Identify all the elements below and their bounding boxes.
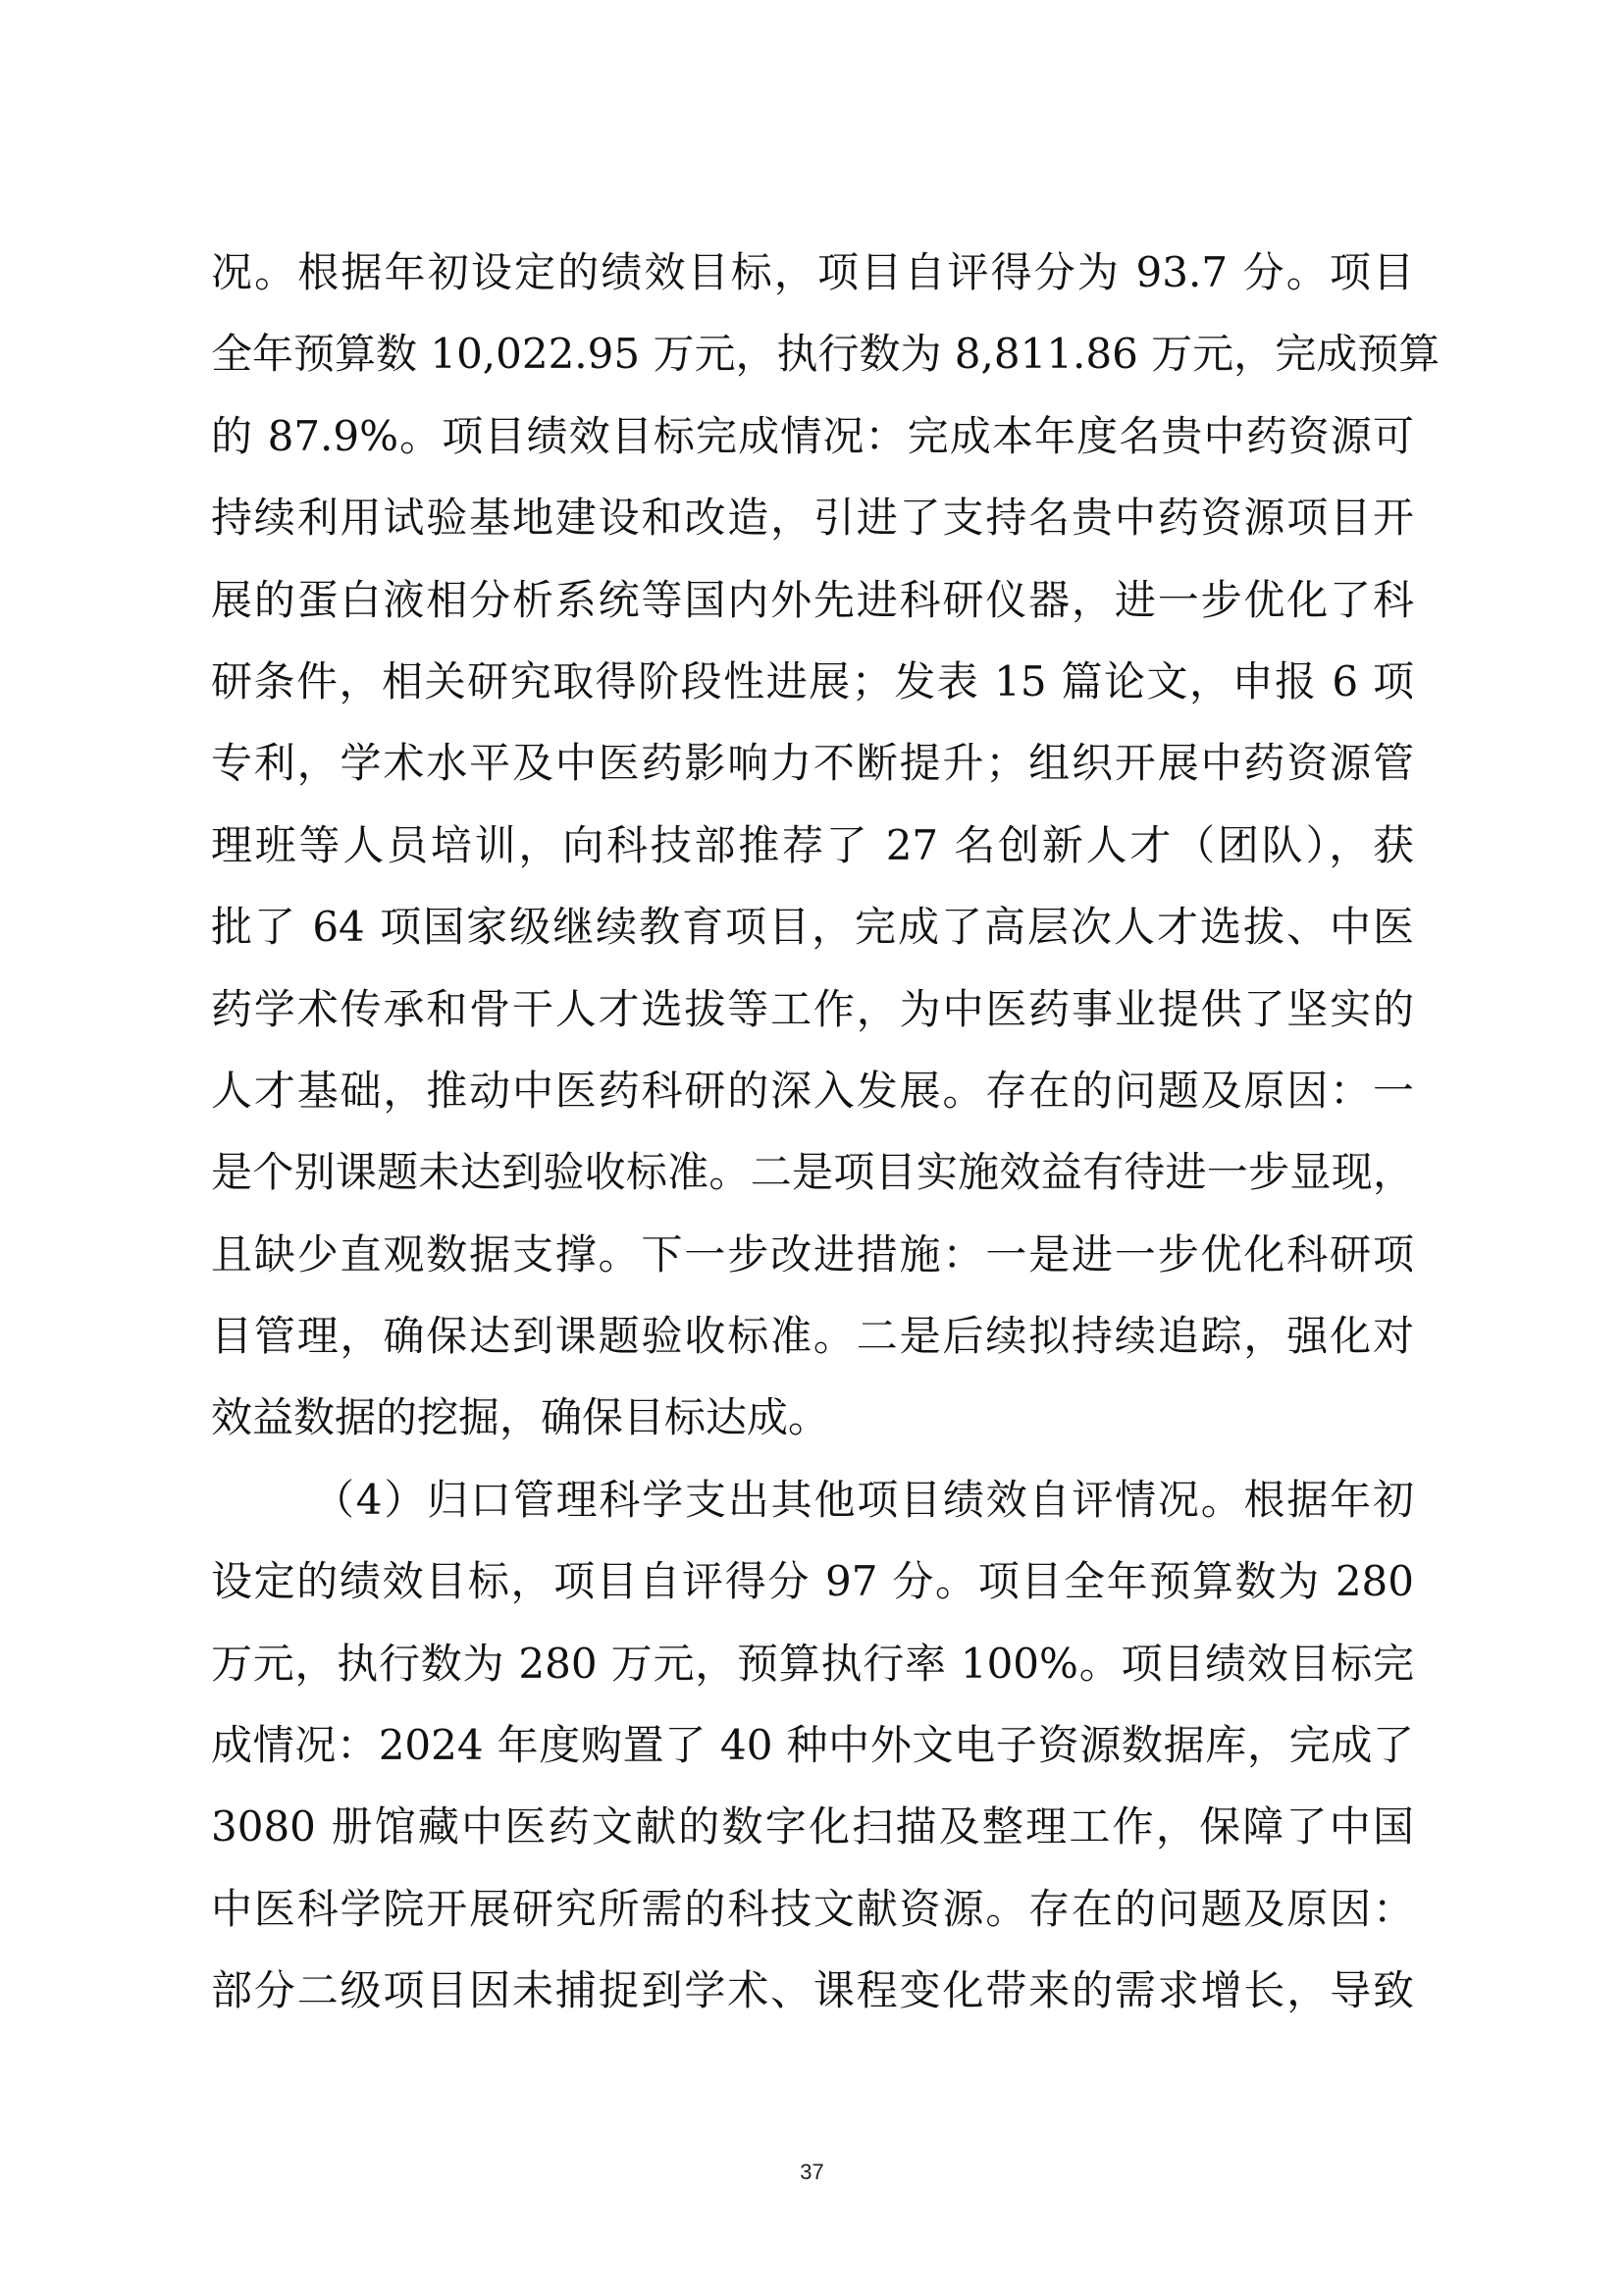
- text-line: 展的蛋白液相分析系统等国内外先进科研仪器，进一步优化了科: [211, 575, 1414, 656]
- text-line: 药学术传承和骨干人才选拔等工作，为中医药事业提供了坚实的: [211, 984, 1414, 1066]
- text-line: 3080 册馆藏中医药文献的数字化扫描及整理工作，保障了中国: [211, 1801, 1414, 1883]
- text-line: 中医科学院开展研究所需的科技文献资源。存在的问题及原因：: [211, 1884, 1414, 1965]
- text-line: 况。根据年初设定的绩效目标，项目自评得分为 93.7 分。项目: [211, 247, 1414, 329]
- section-heading-line: （4）归口管理科学支出其他项目绩效自评情况。根据年初: [211, 1475, 1414, 1556]
- text-line: 人才基础，推动中医药科研的深入发展。存在的问题及原因：一: [211, 1066, 1414, 1147]
- text-line: 理班等人员培训，向科技部推荐了 27 名创新人才（团队），获: [211, 820, 1414, 902]
- text-line: 部分二级项目因未捕捉到学术、课程变化带来的需求增长，导致: [211, 1965, 1414, 2047]
- text-line: 研条件，相关研究取得阶段性进展；发表 15 篇论文，申报 6 项: [211, 656, 1414, 738]
- paragraph-project-4: （4）归口管理科学支出其他项目绩效自评情况。根据年初 设定的绩效目标，项目自评得…: [211, 1475, 1414, 2048]
- paragraph-project-3-continued: 况。根据年初设定的绩效目标，项目自评得分为 93.7 分。项目 全年预算数 10…: [211, 247, 1414, 1475]
- text-line: 目管理，确保达到课题验收标准。二是后续拟持续追踪，强化对: [211, 1311, 1414, 1392]
- text-line: 的 87.9%。项目绩效目标完成情况：完成本年度名贵中药资源可: [211, 411, 1414, 493]
- text-line: 成情况：2024 年度购置了 40 种中外文电子资源数据库，完成了: [211, 1720, 1414, 1801]
- text-line: 专利，学术水平及中医药影响力不断提升；组织开展中药资源管: [211, 738, 1414, 819]
- page-number: 37: [0, 2160, 1624, 2185]
- document-page: 况。根据年初设定的绩效目标，项目自评得分为 93.7 分。项目 全年预算数 10…: [0, 0, 1624, 2295]
- body-text: 况。根据年初设定的绩效目标，项目自评得分为 93.7 分。项目 全年预算数 10…: [211, 247, 1414, 2048]
- text-line: 效益数据的挖掘，确保目标达成。: [211, 1392, 1414, 1474]
- text-line: 全年预算数 10,022.95 万元，执行数为 8,811.86 万元，完成预算: [211, 329, 1414, 410]
- text-line: 持续利用试验基地建设和改造，引进了支持名贵中药资源项目开: [211, 493, 1414, 574]
- text-line: 设定的绩效目标，项目自评得分 97 分。项目全年预算数为 280: [211, 1556, 1414, 1638]
- text-line: 且缺少直观数据支撑。下一步改进措施：一是进一步优化科研项: [211, 1229, 1414, 1311]
- text-line: 是个别课题未达到验收标准。二是项目实施效益有待进一步显现，: [211, 1147, 1414, 1228]
- text-line: 万元，执行数为 280 万元，预算执行率 100%。项目绩效目标完: [211, 1639, 1414, 1720]
- text-line: 批了 64 项国家级继续教育项目，完成了高层次人才选拔、中医: [211, 902, 1414, 983]
